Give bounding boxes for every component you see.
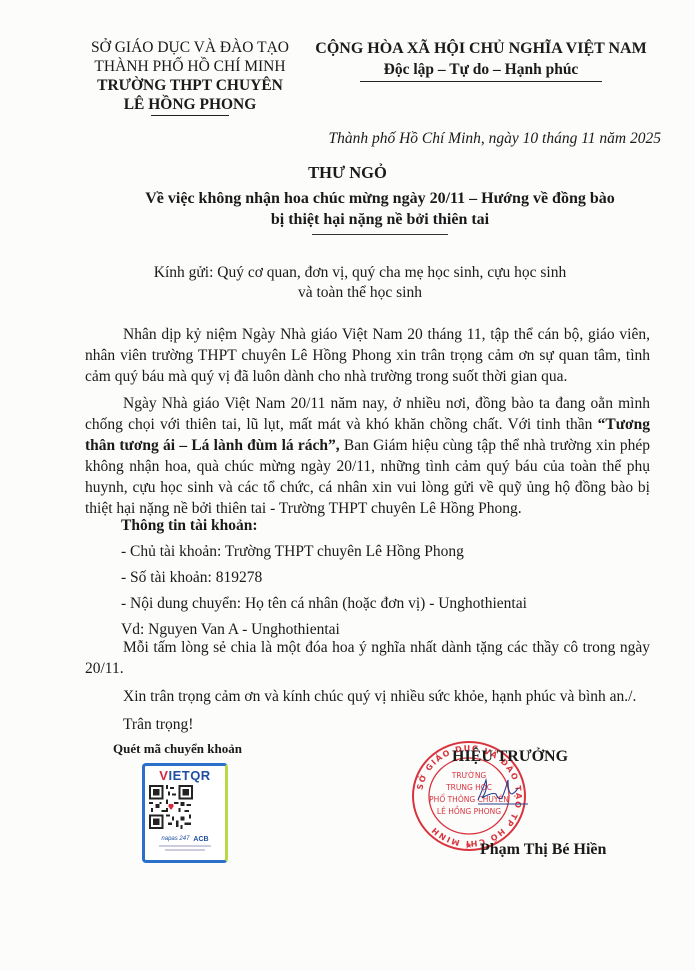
subject-line2: bị thiệt hại nặng nề bởi thiên tai bbox=[100, 209, 660, 230]
national-header: CỘNG HÒA XÃ HỘI CHỦ NGHĨA VIỆT NAM Độc l… bbox=[300, 38, 662, 82]
signatory-title: HIỆU TRƯỞNG bbox=[452, 748, 568, 766]
closing-regards: Trân trọng! bbox=[85, 714, 650, 735]
document-subject: Về việc không nhận hoa chúc mừng ngày 20… bbox=[100, 188, 660, 235]
account-heading: Thông tin tài khoản: bbox=[121, 513, 641, 539]
qr-fine-print bbox=[165, 849, 205, 851]
para2-text-start: Ngày Nhà giáo Việt Nam 20/11 năm nay, ở … bbox=[85, 395, 650, 433]
letter-body: Nhân dịp kỷ niệm Ngày Nhà giáo Việt Nam … bbox=[85, 324, 650, 525]
national-title: CỘNG HÒA XÃ HỘI CHỦ NGHĨA VIỆT NAM bbox=[300, 38, 662, 59]
svg-text:TRƯỜNG: TRƯỜNG bbox=[451, 771, 487, 780]
qr-label: Quét mã chuyển khoản bbox=[113, 741, 242, 757]
body-paragraph-2: Ngày Nhà giáo Việt Nam 20/11 năm nay, ở … bbox=[85, 393, 650, 519]
account-holder: - Chủ tài khoản: Trường THPT chuyên Lê H… bbox=[121, 539, 641, 565]
vietqr-logo-text: IETQR bbox=[168, 768, 210, 783]
napas-logo: napas 247 bbox=[161, 836, 189, 843]
vietqr-logo: VIETQR bbox=[145, 768, 225, 783]
date-line: Thành phố Hồ Chí Minh, ngày 10 tháng 11 … bbox=[328, 130, 661, 148]
department-name: SỞ GIÁO DỤC VÀ ĐÀO TẠO bbox=[62, 38, 318, 57]
account-info: Thông tin tài khoản: - Chủ tài khoản: Tr… bbox=[121, 513, 641, 643]
svg-text:LÊ HỒNG PHONG: LÊ HỒNG PHONG bbox=[437, 806, 501, 816]
divider bbox=[312, 234, 448, 235]
recipients-line2: và toàn thể học sinh bbox=[140, 283, 580, 303]
recipients: Kính gửi: Quý cơ quan, đơn vị, quý cha m… bbox=[140, 263, 580, 303]
issuing-authority: SỞ GIÁO DỤC VÀ ĐÀO TẠO THÀNH PHỐ HỒ CHÍ … bbox=[62, 38, 318, 116]
subject-line1: Về việc không nhận hoa chúc mừng ngày 20… bbox=[100, 188, 660, 209]
account-number: - Số tài khoản: 819278 bbox=[121, 565, 641, 591]
signatory-name: Phạm Thị Bé Hiền bbox=[480, 841, 606, 859]
divider bbox=[360, 81, 602, 82]
qr-code-icon[interactable] bbox=[145, 785, 197, 829]
closing: Mỗi tấm lòng sẻ chia là một đóa hoa ý ng… bbox=[85, 637, 650, 742]
school-name-line1: TRƯỜNG THPT CHUYÊN bbox=[62, 76, 318, 95]
city-name: THÀNH PHỐ HỒ CHÍ MINH bbox=[62, 57, 318, 76]
divider bbox=[151, 115, 229, 116]
transfer-content: - Nội dung chuyển: Họ tên cá nhân (hoặc … bbox=[121, 591, 641, 617]
closing-paragraph-2: Xin trân trọng cảm ơn và kính chúc quý v… bbox=[85, 686, 650, 707]
bank-logo: ACB bbox=[193, 836, 208, 843]
qr-fine-print bbox=[159, 845, 211, 847]
qr-footer: napas 247 ACB bbox=[145, 836, 225, 843]
closing-paragraph-1: Mỗi tấm lòng sẻ chia là một đóa hoa ý ng… bbox=[85, 637, 650, 679]
body-paragraph-1: Nhân dịp kỷ niệm Ngày Nhà giáo Việt Nam … bbox=[85, 324, 650, 387]
document-title: THƯ NGỎ bbox=[0, 163, 695, 183]
school-name-line2: LÊ HỒNG PHONG bbox=[62, 95, 318, 114]
svg-text:★: ★ bbox=[465, 841, 472, 850]
recipients-line1: Kính gửi: Quý cơ quan, đơn vị, quý cha m… bbox=[140, 263, 580, 283]
national-motto: Độc lập – Tự do – Hạnh phúc bbox=[300, 59, 662, 80]
vietqr-card[interactable]: VIETQR napas 247 ACB bbox=[142, 763, 228, 863]
